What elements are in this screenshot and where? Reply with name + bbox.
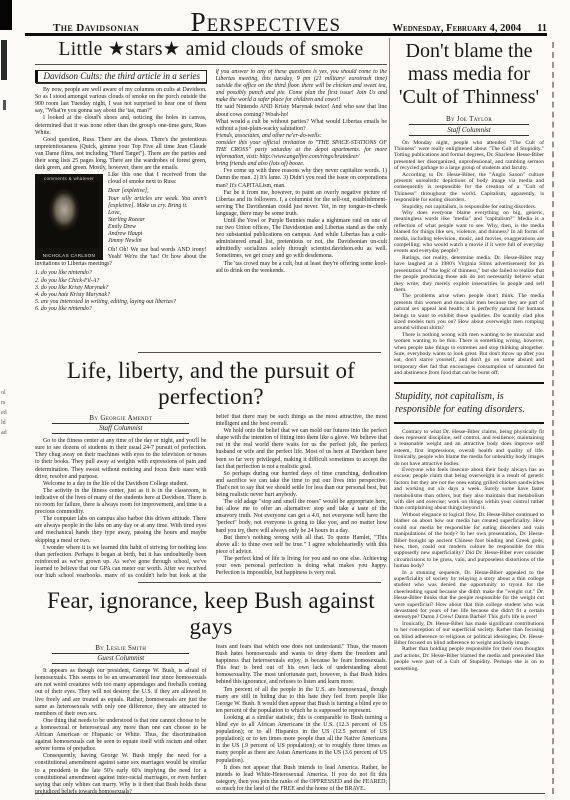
byline-title: Guest Columnist [52, 654, 189, 664]
paragraph: The perfect kind of life is living for y… [216, 556, 388, 577]
paragraph: Go to the fitness center at any time of … [35, 438, 207, 481]
series-note: Davidson Cults: the third article in a s… [35, 70, 207, 83]
bush-col-1: By Leslie Smith Guest Columnist It appea… [35, 644, 207, 795]
headline-thinness: Don't blame the mass media for 'Cult of … [394, 40, 544, 110]
paragraph: Rather than holding people responsible f… [394, 646, 544, 672]
article-smoke: Little ★stars★ amid clouds of smoke Davi… [35, 37, 387, 347]
headline-smoke: Little ★stars★ amid clouds of smoke [35, 37, 387, 65]
column-separator-rule [389, 38, 390, 790]
byline-thinness: By Joe Taylor Staff Columnist [409, 115, 529, 136]
paragraph: Good question, Russ. There are the shoes… [35, 137, 207, 172]
paragraph: On Monday night, people who attended "Th… [394, 140, 544, 172]
photo-credit: NICHOLAS CARLSON [35, 252, 103, 259]
paragraph: Ten percent of all the people in the U.S… [216, 687, 388, 715]
paragraph: Everyone who feels insecure about their … [394, 467, 544, 512]
bleed-fragment: ld [1, 418, 17, 428]
page-bottom-rule [35, 793, 545, 794]
headline-bush: Fear, ignorance, keep Bush against gays [35, 588, 387, 640]
byline-perfection: By Georgie Amendt Staff Columnist [52, 415, 189, 434]
headline-perfection: Life, liberty, and the pursuit of perfec… [35, 358, 387, 410]
byline-title: Staff Columnist [409, 125, 529, 136]
paragraph: The activity in the fitness center, just… [35, 488, 207, 516]
bush-columns: By Leslie Smith Guest Columnist It appea… [35, 644, 387, 795]
paragraph: Why does everyone blame everything on bi… [394, 210, 544, 255]
bleed-fragment: rs [1, 398, 17, 408]
paragraph: Welcome to a day in the life of the Davi… [35, 481, 207, 488]
pull-quote: Stupidity, not capitalism, is responsibl… [394, 382, 544, 424]
paragraph: I've come up with three reasons why they… [216, 168, 388, 189]
paragraph: What would a cult be without parties? Wh… [216, 119, 388, 133]
paragraph: belief that there may be such things as … [216, 414, 388, 428]
bleed-fragment: ol [1, 388, 17, 398]
byline-author: By Joe Taylor [409, 115, 529, 125]
paragraph: One thing that needs to be understood is… [35, 718, 207, 753]
paragraph: By now, people are well aware of my colu… [35, 87, 207, 115]
portrait-image [39, 182, 99, 248]
scan-artifact-bar [1, 40, 7, 80]
questions-list: 1. do you like nintendo? 2. do you like … [35, 270, 207, 313]
bleed-fragment: ed [1, 408, 17, 418]
paragraph: consider this your official invitation t… [216, 140, 388, 161]
paragraph: Looking at a similar statistic, this is … [216, 715, 388, 765]
paragraph: Contrary to what Dr. Hesse-Biber claims,… [394, 429, 544, 467]
bleed-fragment: ad [1, 428, 17, 438]
paragraph: Far be it from me, however, to paint an … [216, 190, 388, 218]
paragraph: Ratings, not reality, determine media. D… [394, 255, 544, 293]
article-thinness: Don't blame the mass media for 'Cult of … [394, 37, 544, 795]
paragraph: The 'tas crowd may be a cult, but at lea… [216, 261, 388, 275]
paragraph: I looked at the cloud's shoes and, notic… [35, 115, 207, 136]
paragraph: In a stunning sequence, Dr. Hesse-Biber … [394, 570, 544, 621]
article-perfection: Life, liberty, and the pursuit of perfec… [35, 357, 387, 577]
paragraph: So perhaps during our hurried days of ti… [216, 471, 388, 499]
fold-dotted-line [552, 42, 554, 794]
paragraph: fears and fears that which one does not … [216, 644, 388, 687]
article-bush: Fear, ignorance, keep Bush against gays … [35, 587, 387, 795]
paragraph: I wonder where it is we learned this hab… [35, 545, 207, 577]
thinness-text-bottom: Contrary to what Dr. Hesse-Biber claims,… [394, 429, 544, 672]
columnist-photo: comments & whatever NICHOLAS CARLSON [35, 174, 103, 260]
scan-artifact-bar [3, 100, 6, 110]
byline-bush: By Leslie Smith Guest Columnist [52, 645, 189, 664]
paragraph: It does not appear that Bush intends to … [216, 765, 388, 793]
article-divider-rule [138, 352, 381, 353]
bush-col1-text: It appears as though our president, Geor… [35, 668, 207, 795]
paragraph: It appears as though our president, Geor… [35, 668, 207, 718]
paragraph: if you answer to any of these questions … [216, 69, 388, 104]
perfection-col-2: belief that there may be such things as … [216, 414, 388, 577]
byline-author: By Leslie Smith [52, 645, 189, 654]
byline-title: Staff Columnist [52, 424, 189, 434]
paragraph: friends, associates, and other ne'er-do-… [216, 133, 388, 140]
article-divider-rule [138, 582, 381, 583]
left-region: Little ★stars★ amid clouds of smoke Davi… [35, 37, 387, 795]
paragraph: Without elegance or logical flow, Dr. He… [394, 512, 544, 570]
smoke-col-1: Davidson Cults: the third article in a s… [35, 69, 207, 315]
paragraph: We hold onto the belief that we can mold… [216, 428, 388, 471]
paragraph: He said Nintendo AND Kristy Marynak twic… [216, 104, 388, 118]
masthead-rule [25, 33, 547, 36]
paragraph: Ironically, Dr. Hesse-Biber has made sig… [394, 621, 544, 647]
byline-author: By Georgie Amendt [52, 415, 189, 424]
paragraph: Consequently, having George W. Bush impl… [35, 753, 207, 795]
photo-label: comments & whatever [35, 174, 103, 182]
smoke-columns: Davidson Cults: the third article in a s… [35, 69, 387, 315]
perfection-columns: By Georgie Amendt Staff Columnist Go to … [35, 414, 387, 577]
paragraph: The old adage "stop and smell the roses"… [216, 499, 388, 534]
bush-col-2: fears and fears that which one does not … [216, 644, 388, 795]
paragraph: According to Dr. Hesse-Biber, the "Anglo… [394, 172, 544, 204]
thinness-text-top: On Monday night, people who attended "Th… [394, 140, 544, 377]
paragraph: The problems arise when people don't thi… [394, 293, 544, 331]
paragraph: Until the Yowl or Purple Bunnies make a … [216, 218, 388, 261]
paragraph: The computer labs on campus also harbor … [35, 516, 207, 544]
smoke-col-2: if you answer to any of these questions … [216, 69, 388, 315]
smoke-col1-top: By now, people are well aware of my colu… [35, 87, 207, 172]
perfection-col-1: By Georgie Amendt Staff Columnist Go to … [35, 414, 207, 577]
newspaper-page: olrsedldad The Davidsonian Perspectives … [0, 0, 570, 800]
paragraph: There is nothing wrong with men wanting … [394, 332, 544, 377]
perfection-col1-text: Go to the fitness center at any time of … [35, 438, 207, 577]
page-bleed-fragments: olrsedldad [1, 388, 17, 438]
scan-artifact-bar [0, 0, 12, 30]
paragraph: But there's nothing wrong with all that.… [216, 535, 388, 556]
